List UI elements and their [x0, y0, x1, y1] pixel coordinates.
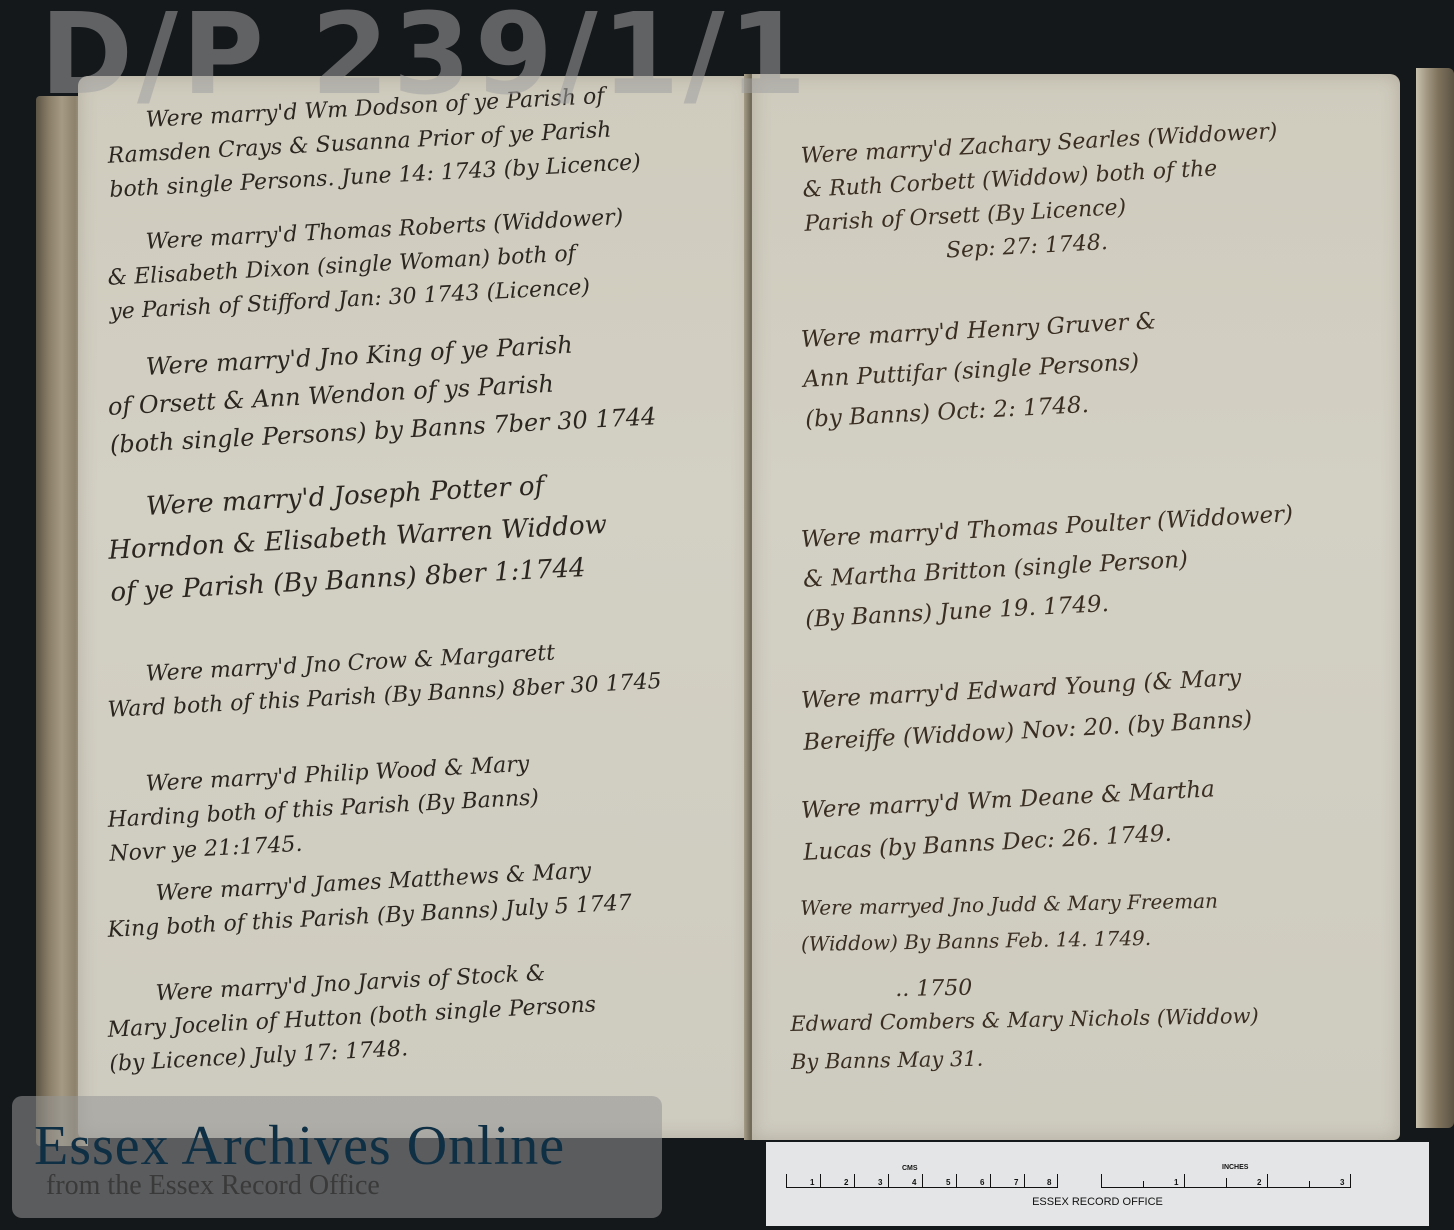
ruler-label: ESSEX RECORD OFFICE — [766, 1196, 1429, 1208]
measurement-ruler: CMS 1 2 3 4 5 6 7 8 INCHES 1 2 3 ESSEX R… — [766, 1142, 1429, 1226]
marriage-entry: Edward Combers & Mary Nichols (Widdow) B… — [790, 997, 1260, 1081]
cm-number: 5 — [946, 1178, 950, 1187]
marriage-entry: Were marry'd Henry Gruver & Ann Puttifar… — [800, 301, 1161, 439]
marriage-entry: Were marry'd Joseph Potter of Horndon & … — [105, 462, 610, 614]
logo-subtitle: from the Essex Record Office — [46, 1172, 380, 1200]
marriage-entry: Were marry'd Zachary Searles (Widdower) … — [800, 115, 1284, 276]
cm-number: 8 — [1047, 1178, 1051, 1187]
cm-scale: 1 2 3 4 5 6 7 8 — [786, 1170, 1058, 1192]
year-heading: .. 1750 — [895, 974, 972, 1005]
cm-number: 3 — [878, 1178, 882, 1187]
cm-number: 6 — [980, 1178, 984, 1187]
inch-number: 3 — [1340, 1178, 1344, 1187]
cm-number: 2 — [844, 1178, 848, 1187]
cm-number: 7 — [1014, 1178, 1018, 1187]
inch-scale: 1 2 3 — [1101, 1170, 1351, 1192]
cm-number: 1 — [810, 1178, 814, 1187]
marriage-entry: Were marryed Jno Judd & Mary Freeman (Wi… — [800, 883, 1219, 962]
entry-line: Were marryed Jno Judd & Mary Freeman — [800, 883, 1218, 926]
inch-number: 1 — [1174, 1178, 1178, 1187]
right-page-edges — [1416, 68, 1454, 1128]
entry-line: (Widdow) By Banns Feb. 14. 1749. — [801, 919, 1219, 962]
cm-number: 4 — [912, 1178, 916, 1187]
logo-title: Essex Archives Online — [34, 1118, 565, 1174]
inch-number: 2 — [1257, 1178, 1261, 1187]
entry-line: .. 1750 — [895, 974, 972, 1005]
